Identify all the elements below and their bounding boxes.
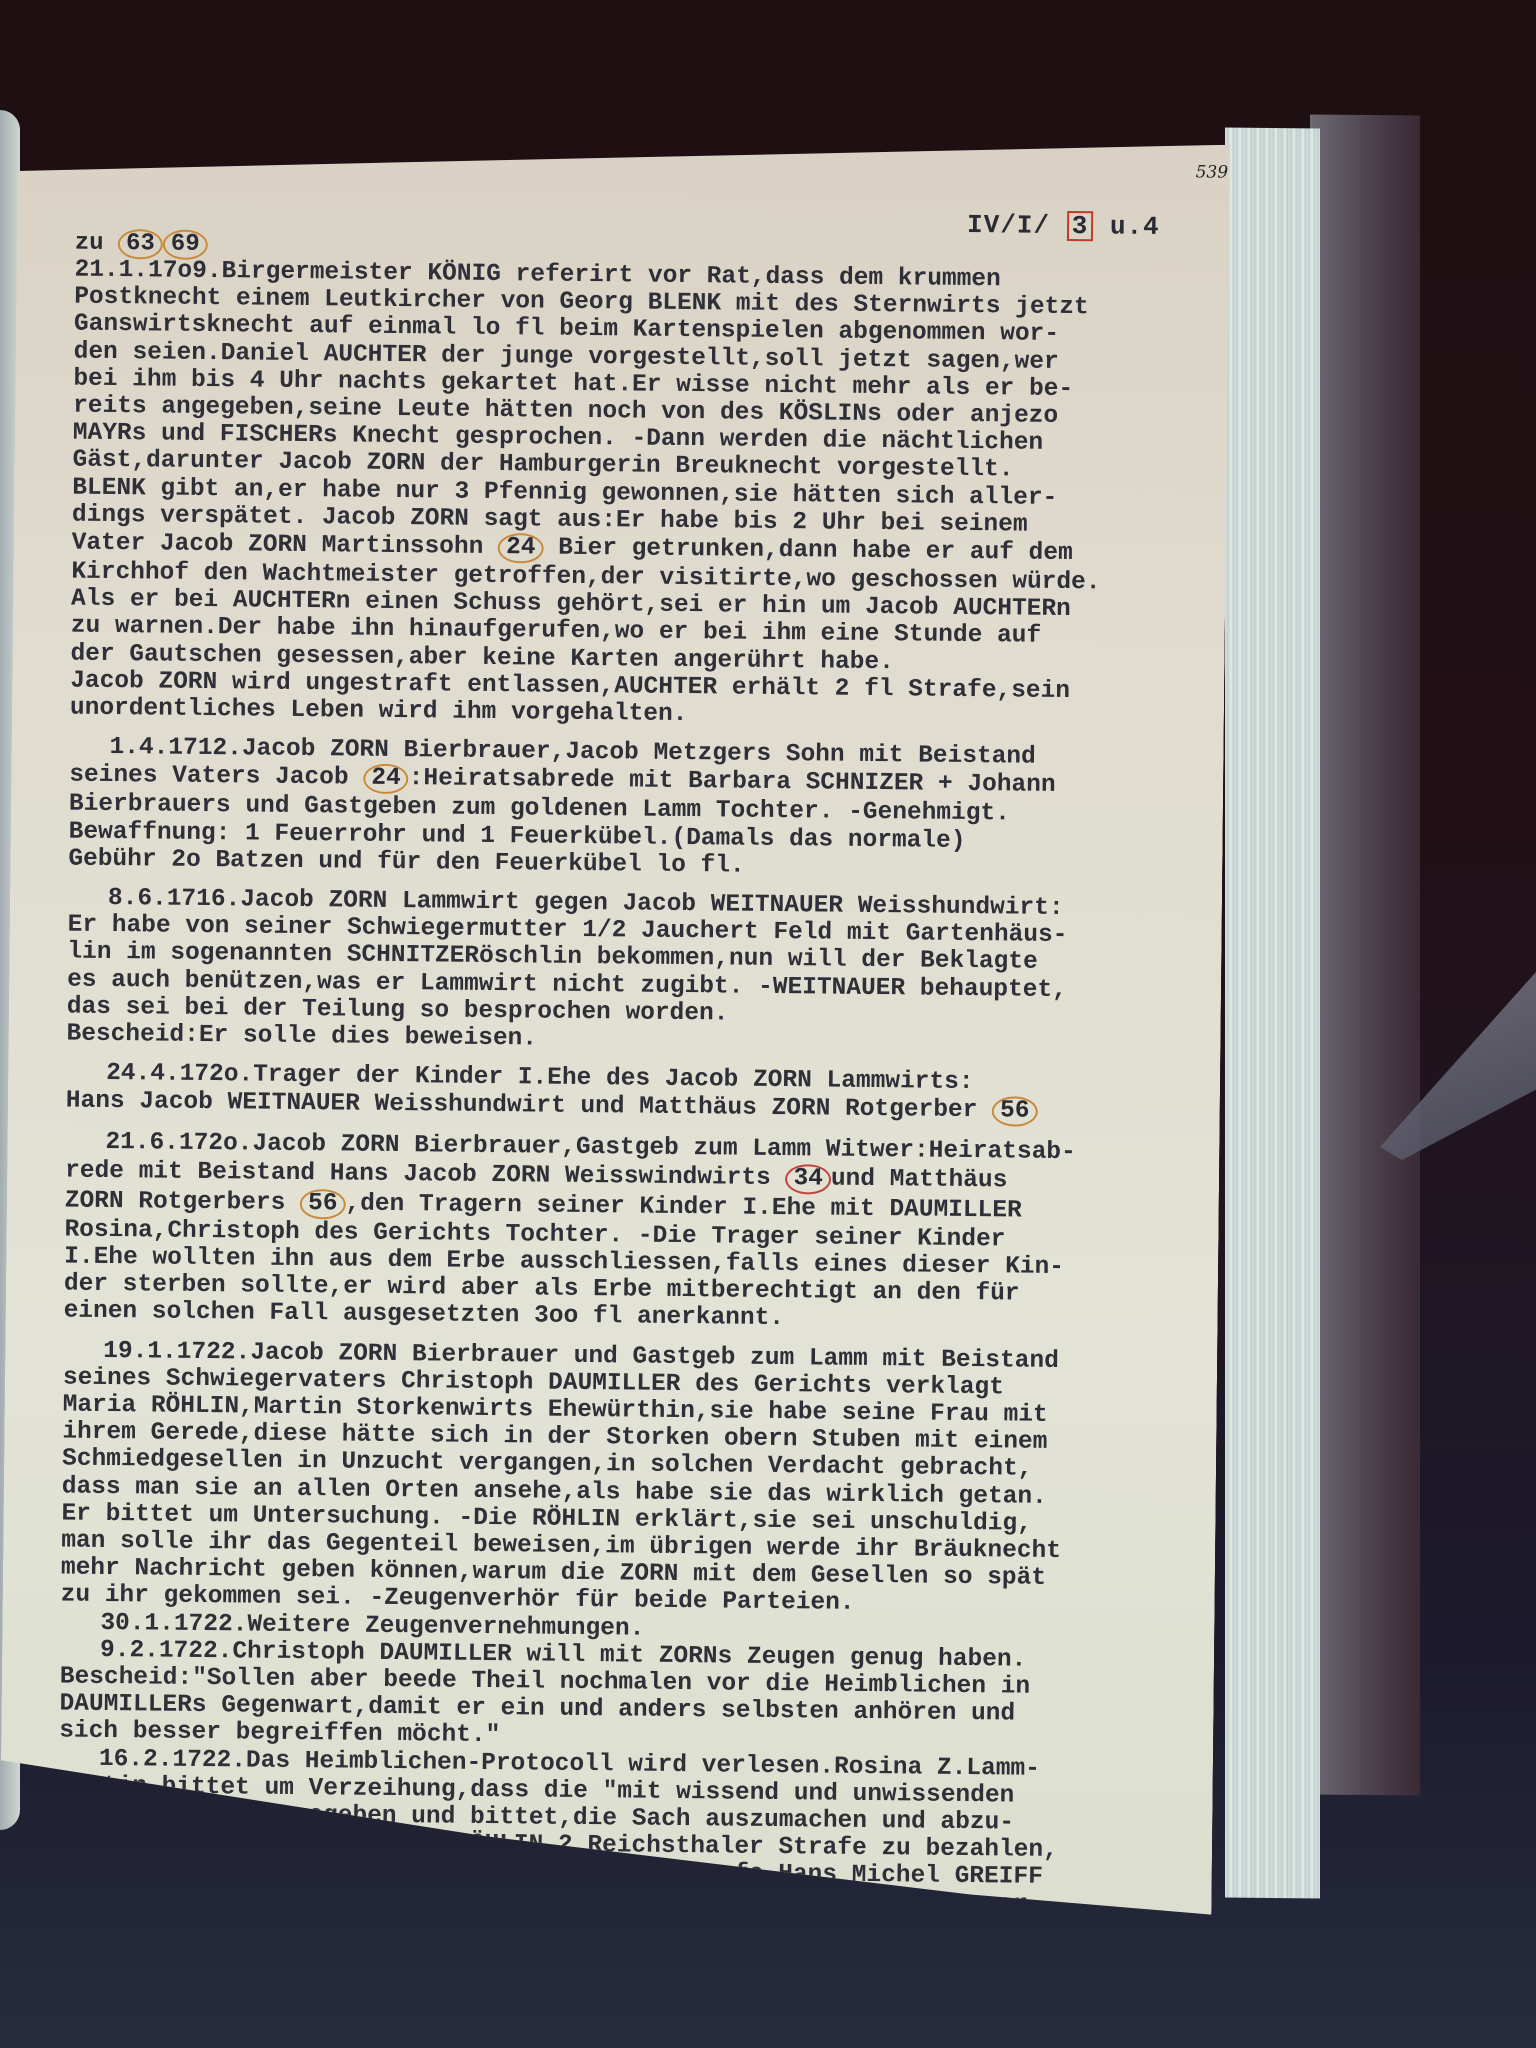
- circled-ref: 69: [163, 230, 208, 260]
- circled-ref: 34: [785, 1164, 831, 1194]
- reference-code-boxed: 3: [1067, 211, 1094, 241]
- zu-label: zu: [75, 230, 104, 257]
- entry-21.6.1720: 21.6.172o.Jacob ZORN Bierbrauer,Gastgeb …: [64, 1129, 1216, 1337]
- reference-code-suffix: u.4: [1110, 211, 1160, 242]
- circled-ref: 56: [300, 1189, 346, 1219]
- entry-24.4.1720: 24.4.172o.Trager der Kinder I.Ehe des Ja…: [66, 1060, 1217, 1129]
- reference-code: IV/I/ 3 u.4: [967, 210, 1160, 242]
- text-line: langt werden und eine Strafe von 3 Reich…: [57, 1908, 1207, 1947]
- page-stack-edge: [1225, 128, 1320, 1899]
- entry-8.6.1716: 8.6.1716.Jacob ZORN Lammwirt gegen Jacob…: [66, 885, 1218, 1060]
- entry-1.4.1712: 1.4.1712.Jacob ZORN Bierbrauer,Jacob Met…: [68, 734, 1219, 885]
- circled-ref: 24: [363, 764, 409, 794]
- reference-code-prefix: IV/I/: [967, 210, 1050, 241]
- book-page: 539 IV/I/ 3 u.4 zu 6369 21.1.17o9.Birger…: [0, 132, 1230, 1915]
- book-cover-edge: [1310, 115, 1420, 1796]
- entry-19.1.1722: 19.1.1722.Jacob ZORN Bierbrauer und Gast…: [57, 1337, 1214, 2002]
- circled-ref: 24: [498, 533, 544, 563]
- cross-reference: zu 6369: [75, 229, 208, 260]
- page-number: 539: [1196, 162, 1229, 182]
- text-line: Strafen auf Gulden gemildert.: [57, 1963, 1207, 2002]
- circled-ref: 56: [992, 1097, 1038, 1127]
- entry-21.1.1709: 21.1.17o9.Birgermeister KÖNIG referirt v…: [70, 257, 1225, 734]
- document-body: 21.1.17o9.Birgermeister KÖNIG referirt v…: [56, 257, 1224, 2014]
- circled-ref: 63: [118, 229, 163, 259]
- page-content: 539 IV/I/ 3 u.4 zu 6369 21.1.17o9.Birger…: [76, 133, 1236, 145]
- text-line: hat die Zeugenvernehmungen zu zahlen.Sch…: [57, 1935, 1207, 1974]
